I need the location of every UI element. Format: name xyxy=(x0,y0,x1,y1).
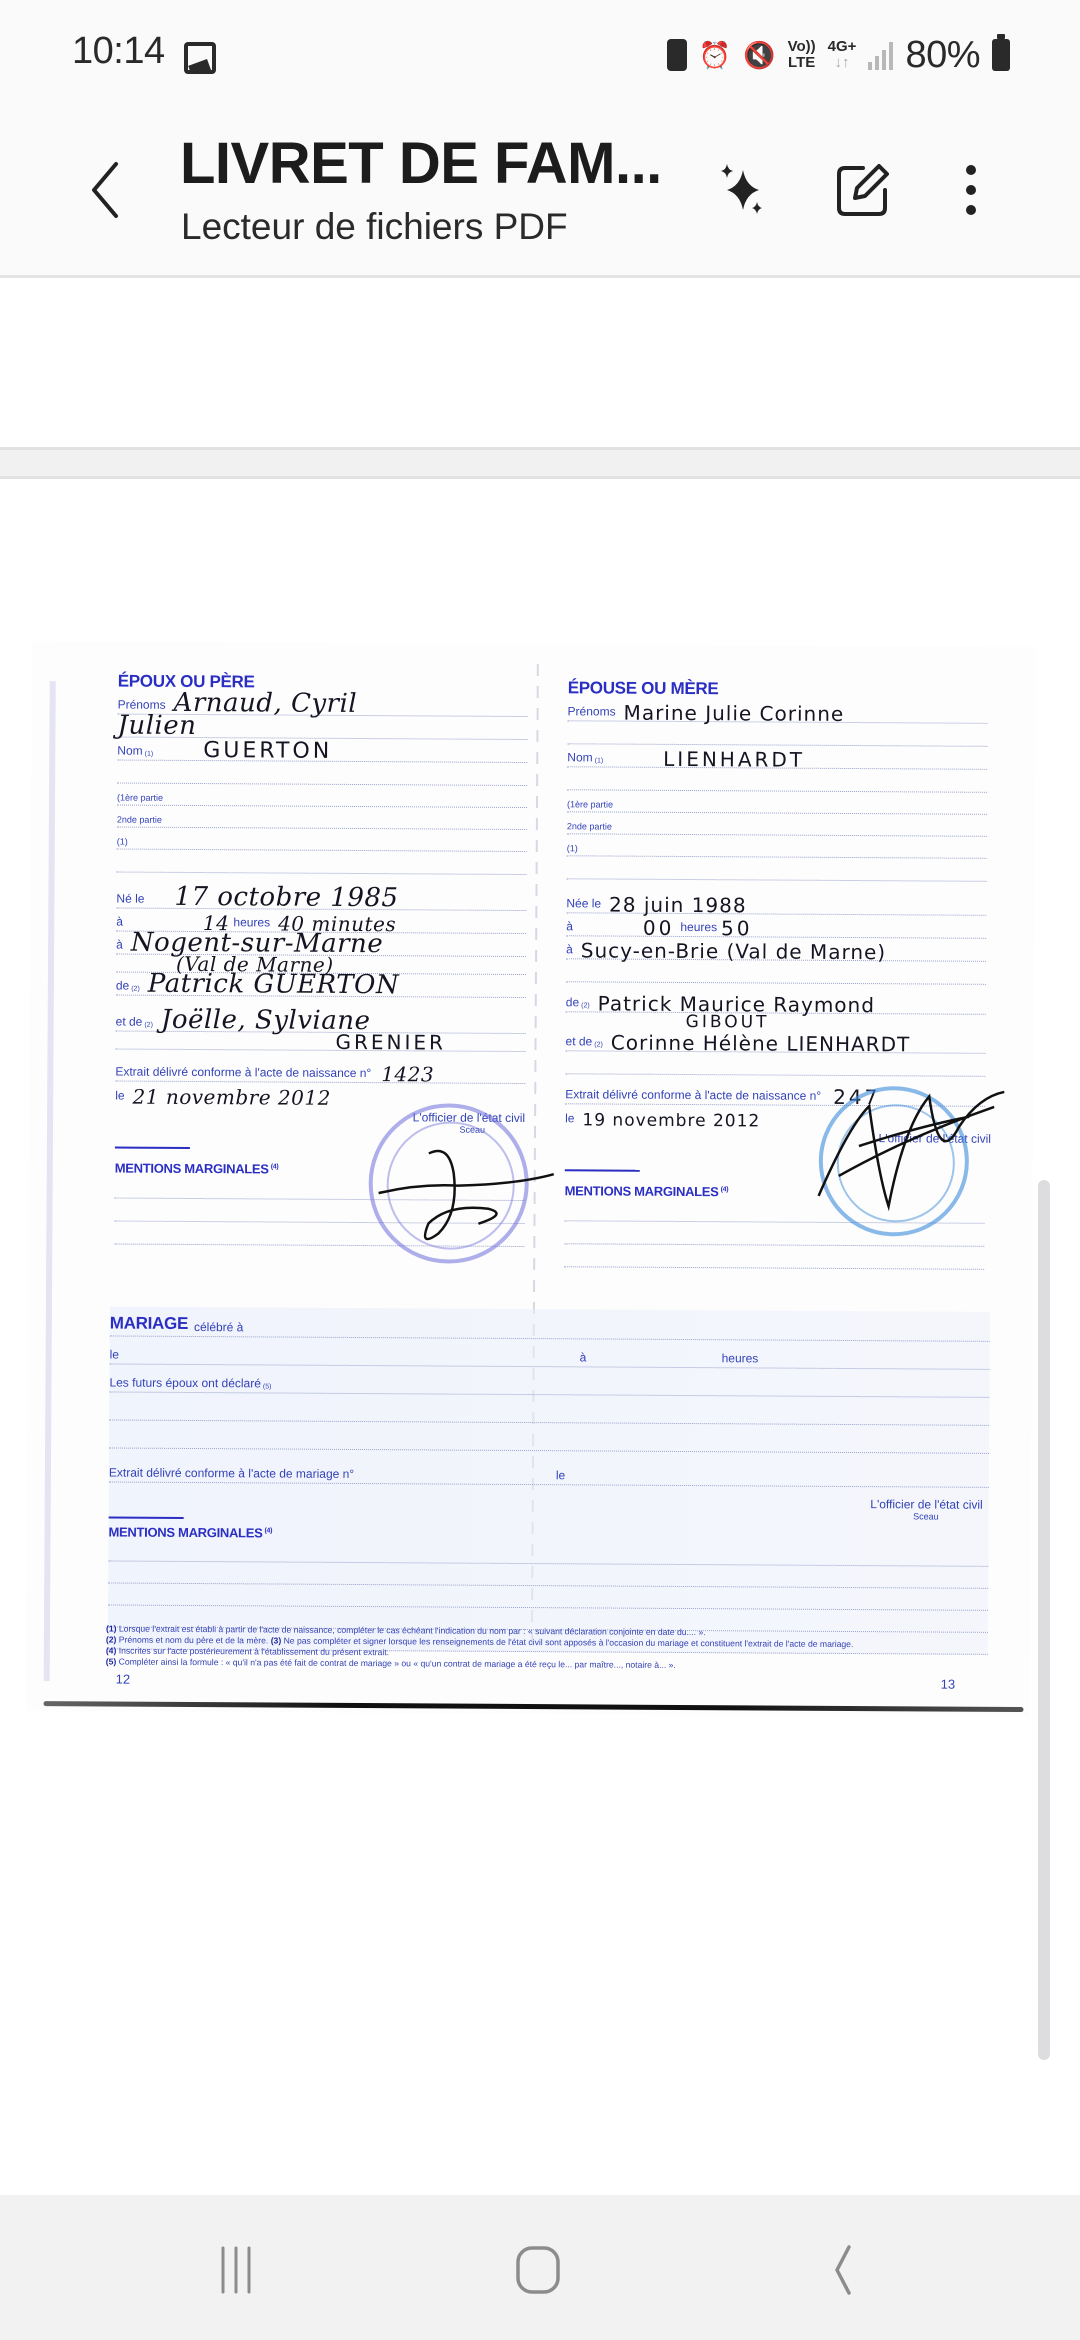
value-father: Patrick GUERTON xyxy=(148,971,399,999)
label-nom: Nom xyxy=(567,750,592,764)
note-ref: (2) xyxy=(131,986,140,993)
signal-icon xyxy=(868,40,893,70)
network-label-top: 4G+ xyxy=(828,38,857,55)
value-hours: 00 xyxy=(643,918,675,938)
note-ref: (2) xyxy=(581,1002,590,1009)
battery-icon xyxy=(992,39,1010,71)
status-time: 10:14 xyxy=(72,30,165,73)
signature-left xyxy=(358,1113,559,1264)
heading-epouse: ÉPOUSE OU MÈRE xyxy=(568,678,988,701)
label-extrait: Extrait délivré conforme à l'acte de nai… xyxy=(115,1065,371,1081)
recent-apps-icon xyxy=(211,2245,261,2295)
divider xyxy=(115,1147,190,1149)
label-a-place: à xyxy=(116,938,123,952)
page-separator xyxy=(0,447,1080,479)
note-ref: (5) xyxy=(263,1383,272,1390)
document-title: LIVRET DE FAM... xyxy=(180,130,662,197)
value-minutes: 50 xyxy=(721,918,753,938)
back-icon xyxy=(815,2245,865,2295)
divider xyxy=(565,1169,640,1171)
footnote-text: Inscrites sur l'acte postérieurement à l… xyxy=(119,1646,389,1658)
volte-label-top: Vo)) xyxy=(788,38,816,55)
document-edge xyxy=(43,1701,1023,1712)
value-mother-2: GRENIER xyxy=(335,1032,446,1053)
footnote-text: Compléter ainsi la formule : « qu'il n'a… xyxy=(119,1657,676,1670)
signature-right xyxy=(808,1066,1009,1227)
value-le: 21 novembre 2012 xyxy=(133,1087,331,1108)
label-nom: Nom xyxy=(117,744,142,758)
value-prenoms: Marine Julie Corinne xyxy=(624,703,845,724)
app-subtitle: Lecteur de fichiers PDF xyxy=(181,206,568,248)
label-partie-2: 2nde partie xyxy=(567,821,612,831)
gallery-icon xyxy=(184,42,216,74)
home-button[interactable] xyxy=(498,2235,578,2305)
label-le: le xyxy=(110,1347,119,1361)
note-ref: (2) xyxy=(144,1022,153,1029)
battery-percent: 80% xyxy=(905,34,980,77)
label-declare: Les futurs époux ont déclaré xyxy=(109,1375,261,1390)
label-le: le xyxy=(565,1111,574,1125)
alarm-icon: ⏰ xyxy=(699,42,731,68)
note-ref: (4) xyxy=(264,1527,272,1534)
mentions-label: MENTIONS MARGINALES xyxy=(115,1161,269,1177)
label-prenoms: Prénoms xyxy=(568,704,616,718)
footnote-num: (3) xyxy=(271,1635,282,1645)
label-nee-le: Née le xyxy=(566,896,601,910)
label-note-1: (1) xyxy=(117,837,128,847)
label-extrait-le: le xyxy=(556,1468,565,1482)
label-a-time: à xyxy=(116,915,123,929)
mentions-label: MENTIONS MARGINALES xyxy=(565,1183,719,1199)
network-label-bottom: ↓↑ xyxy=(835,54,850,71)
app-bar: LIVRET DE FAM... Lecteur de fichiers PDF xyxy=(0,110,1080,278)
previous-page xyxy=(0,281,1080,447)
mariage-section: MARIAGEcélébré à leàheures Les futurs ép… xyxy=(108,1306,990,1654)
label-note-1: (1) xyxy=(567,843,578,853)
volte-icon: Vo))LTE xyxy=(788,39,816,71)
footnotes: (1) Lorsque l'extrait est établi à parti… xyxy=(106,1623,986,1672)
ai-sparkle-icon xyxy=(713,160,773,220)
label-extrait: Extrait délivré conforme à l'acte de nai… xyxy=(565,1087,821,1103)
scrollbar[interactable] xyxy=(1038,1180,1050,2060)
edit-icon xyxy=(833,160,893,220)
label-a-place: à xyxy=(566,942,573,956)
label-a: à xyxy=(580,1350,587,1364)
value-prenoms: Arnaud, Cyril xyxy=(174,690,358,717)
navigation-bar xyxy=(0,2195,1080,2340)
battery-saver-icon xyxy=(667,39,687,71)
mute-icon: 🔇 xyxy=(743,42,775,68)
footnote-num: (4) xyxy=(106,1645,117,1655)
more-options-button[interactable] xyxy=(936,150,1006,230)
pdf-viewer[interactable]: ÉPOUX OU PÈRE PrénomsArnaud, Cyril Julie… xyxy=(0,281,1080,2193)
divider xyxy=(109,1516,184,1518)
note-ref: (2) xyxy=(594,1041,603,1048)
label-et-de: et de xyxy=(116,1015,143,1029)
footnote-num: (1) xyxy=(106,1623,117,1633)
more-options-icon xyxy=(961,160,981,220)
page-number-left: 12 xyxy=(116,1672,131,1687)
footnote-num: (5) xyxy=(106,1656,117,1666)
note-ref: (1) xyxy=(145,751,154,758)
label-partie-1: (1ère partie xyxy=(117,793,163,803)
status-bar: 10:14 ⏰ 🔇 Vo))LTE 4G+↓↑ 80% xyxy=(0,0,1080,110)
home-icon xyxy=(513,2245,563,2295)
value-le: 19 novembre 2012 xyxy=(582,1112,760,1130)
label-le: le xyxy=(115,1089,124,1103)
heading-mariage: MARIAGE xyxy=(110,1313,188,1333)
value-nom: LIENHARDT xyxy=(663,749,805,770)
note-ref: (4) xyxy=(271,1163,279,1170)
value-nee-le: 28 juin 1988 xyxy=(609,895,747,916)
value-ne-le: 17 octobre 1985 xyxy=(174,884,398,911)
note-ref: (4) xyxy=(721,1186,729,1193)
label-de: de xyxy=(116,979,129,993)
ai-assist-button[interactable] xyxy=(708,150,778,230)
page-number-right: 13 xyxy=(941,1677,956,1692)
label-et-de: et de xyxy=(566,1034,593,1048)
label-ne-le: Né le xyxy=(116,892,144,906)
note-ref: (1) xyxy=(595,757,604,764)
mentions-label: MENTIONS MARGINALES xyxy=(109,1524,263,1540)
label-a-time: à xyxy=(566,919,573,933)
document-page-scan: ÉPOUX OU PÈRE PrénomsArnaud, Cyril Julie… xyxy=(25,641,1036,1717)
system-back-button[interactable] xyxy=(800,2235,880,2305)
4g-plus-icon: 4G+↓↑ xyxy=(828,39,857,71)
status-icons: ⏰ 🔇 Vo))LTE 4G+↓↑ 80% xyxy=(667,30,1010,80)
label-heures: heures xyxy=(722,1351,759,1365)
label-partie-1: (1ère partie xyxy=(567,799,613,809)
label-heures: heures xyxy=(680,920,717,934)
edit-button[interactable] xyxy=(828,150,898,230)
chevron-left-icon xyxy=(80,150,130,230)
back-button[interactable] xyxy=(80,150,130,230)
footnote-text: Prénoms et nom du père et de la mère. xyxy=(119,1635,269,1646)
label-partie-2: 2nde partie xyxy=(117,815,162,825)
value-nom: GUERTON xyxy=(203,740,332,763)
volte-label-bottom: LTE xyxy=(788,54,815,71)
footnote-num: (2) xyxy=(106,1634,117,1644)
recent-apps-button[interactable] xyxy=(196,2235,276,2305)
label-de: de xyxy=(566,995,579,1009)
value-extrait-number: 1423 xyxy=(381,1064,434,1084)
label-celebre: célébré à xyxy=(194,1320,243,1334)
label-extrait-mariage: Extrait délivré conforme à l'acte de mar… xyxy=(109,1465,354,1480)
value-prenoms-2: Julien xyxy=(117,713,196,739)
